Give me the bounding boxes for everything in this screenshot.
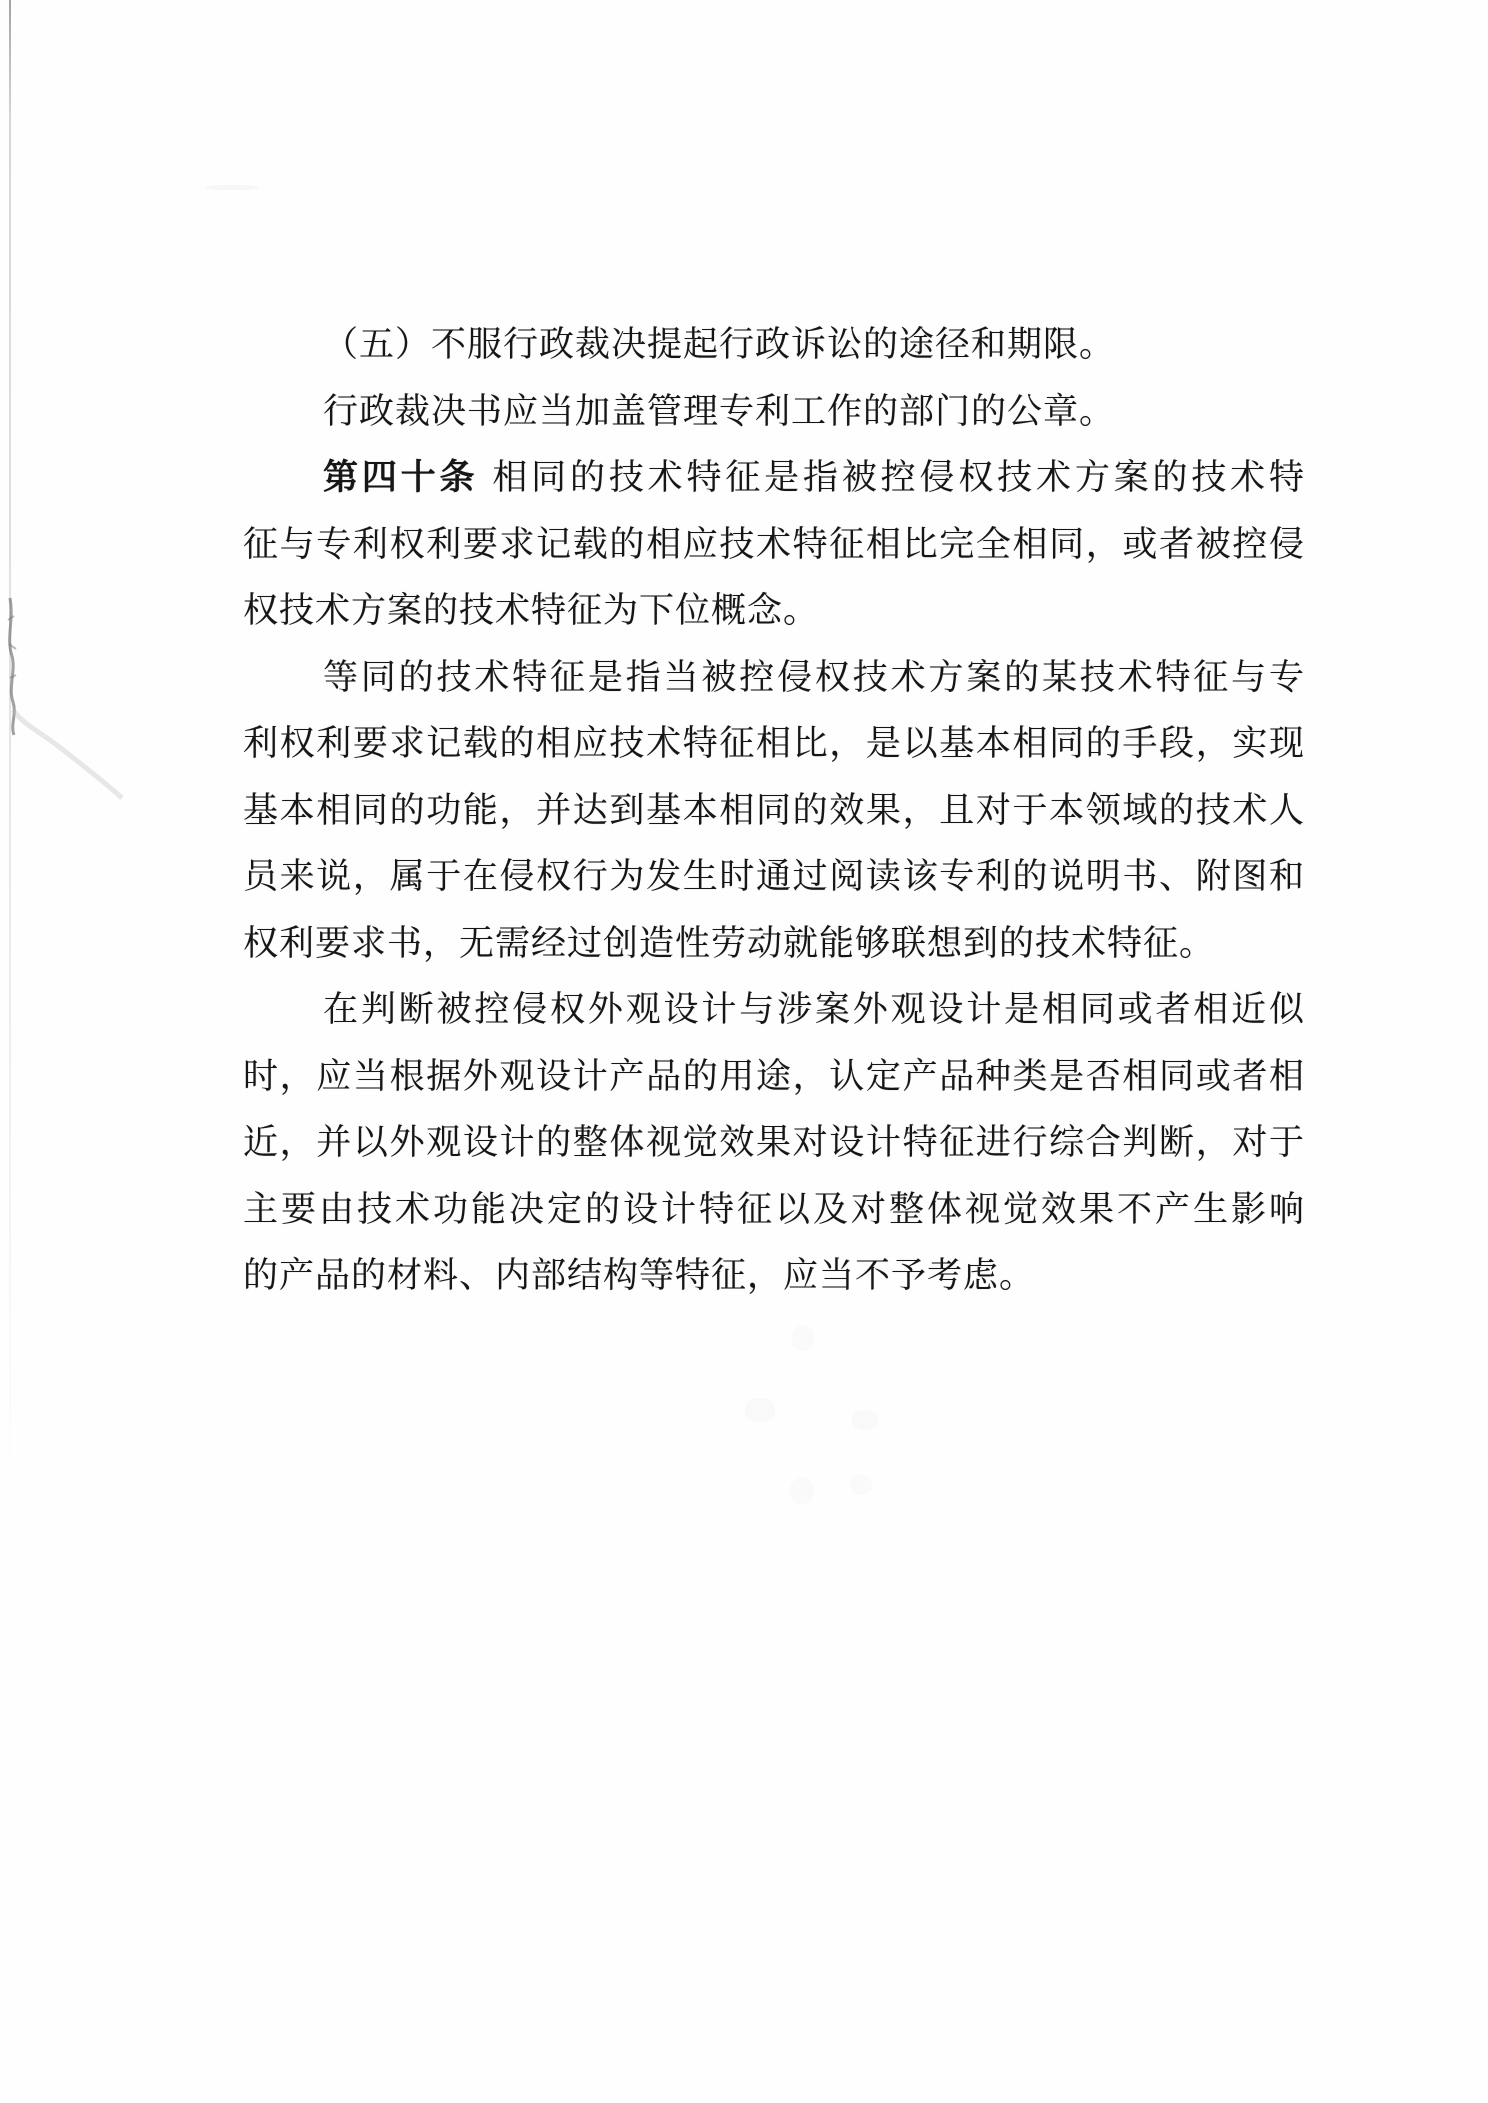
text-line-design-comparison-start: 在判断被控侵权外观设计与涉案外观设计是相同或者相近似 [243,977,1305,1044]
scan-smudge [852,1410,878,1430]
text-line: 征与专利权利要求记载的相应技术特征相比完全相同，或者被控侵 [243,512,1305,579]
text-line-equivalent-features-start: 等同的技术特征是指当被控侵权技术方案的某技术特征与专 [243,645,1305,712]
article-number-heading: 第四十条 [323,457,478,498]
scan-smudge [850,1475,872,1495]
document-page: （五）不服行政裁决提起行政诉讼的途径和期限。 行政裁决书应当加盖管理专利工作的部… [0,0,1488,2103]
text-line: 的产品的材料、内部结构等特征，应当不予考虑。 [243,1243,1305,1310]
scan-smudge [205,185,259,190]
scan-smudge [790,1478,814,1504]
text-line: 主要由技术功能决定的设计特征以及对整体视觉效果不产生影响 [243,1177,1305,1244]
text-line: 利权利要求记载的相应技术特征相比，是以基本相同的手段，实现 [243,711,1305,778]
text-line-article40-start: 第四十条相同的技术特征是指被控侵权技术方案的技术特 [243,445,1305,512]
text-line-seal-requirement: 行政裁决书应当加盖管理专利工作的部门的公章。 [243,379,1305,446]
text-line: 员来说，属于在侵权行为发生时通过阅读该专利的说明书、附图和 [243,844,1305,911]
text-line: 权利要求书，无需经过创造性劳动就能够联想到的技术特征。 [243,911,1305,978]
text-line-item-five: （五）不服行政裁决提起行政诉讼的途径和期限。 [243,312,1305,379]
scan-smudge [792,1325,814,1351]
scan-smudge [745,1398,775,1422]
text-line: 权技术方案的技术特征为下位概念。 [243,578,1305,645]
scan-scratch-mark [0,560,160,820]
text-line: 时，应当根据外观设计产品的用途，认定产品种类是否相同或者相 [243,1044,1305,1111]
text-line: 基本相同的功能，并达到基本相同的效果，且对于本领域的技术人 [243,778,1305,845]
document-text: （五）不服行政裁决提起行政诉讼的途径和期限。 行政裁决书应当加盖管理专利工作的部… [243,312,1305,1310]
text-line-fragment: 相同的技术特征是指被控侵权技术方案的技术特 [492,458,1305,498]
text-line: 近，并以外观设计的整体视觉效果对设计特征进行综合判断，对于 [243,1110,1305,1177]
